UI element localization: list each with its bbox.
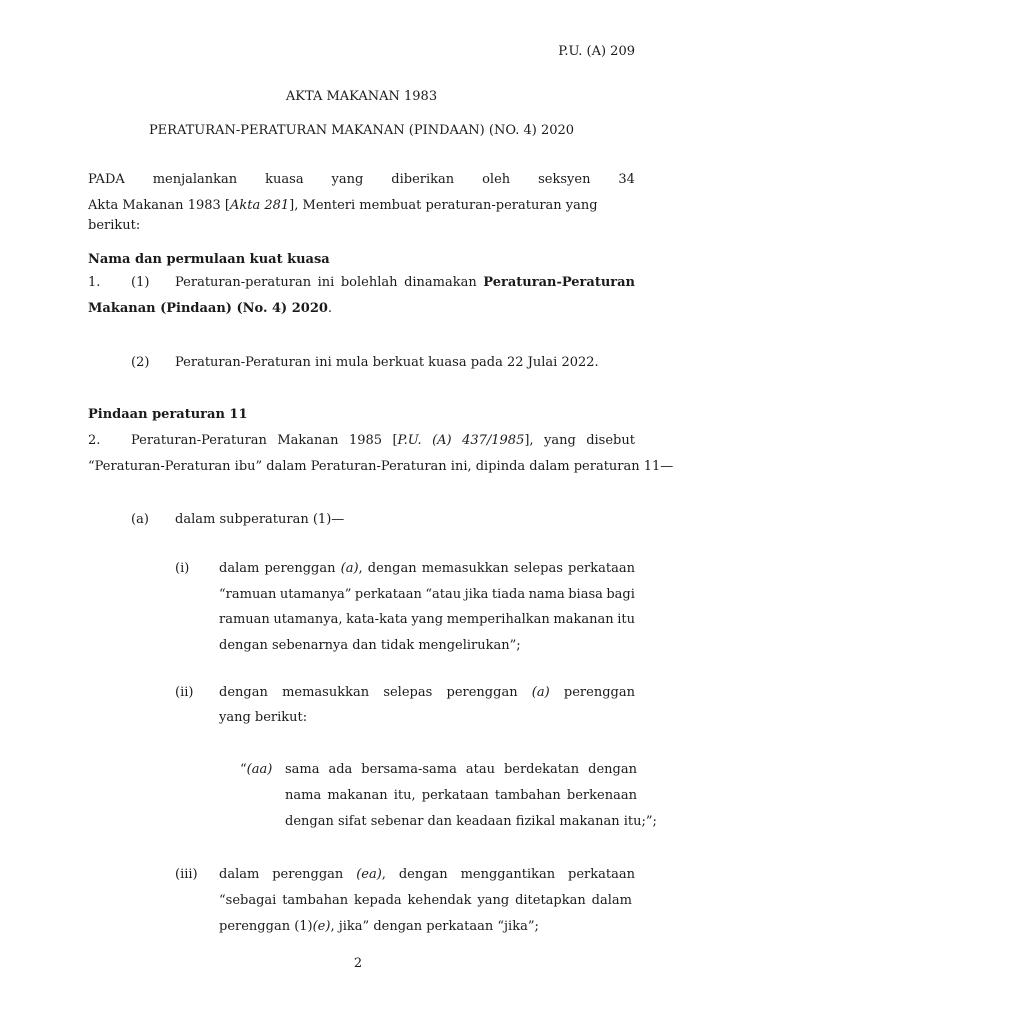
word: [P.U.: [392, 431, 421, 451]
open-quote: “: [240, 762, 247, 777]
word: dinamakan: [404, 273, 477, 293]
word: Peraturan-Peraturan: [483, 273, 635, 293]
word: perenggan: [447, 683, 518, 703]
word: bersama-sama: [361, 760, 457, 780]
word: dalam: [592, 891, 632, 911]
inserted-aa-label: “(aa): [240, 760, 272, 780]
word: PADA: [88, 170, 125, 190]
word: makanan: [553, 610, 613, 630]
item-i-line-3: ramuanutamanya,kata-katayangmemperihalka…: [219, 610, 635, 630]
section-1-sub1-line-2: Makanan (Pindaan) (No. 4) 2020.: [88, 299, 332, 319]
word: selepas: [514, 559, 563, 579]
preamble-text-pre: Akta Makanan 1983 [: [88, 198, 230, 213]
word: sama: [285, 760, 320, 780]
item-ii-line-1: denganmemasukkanselepasperenggan(a)peren…: [219, 683, 635, 703]
document-reference: P.U. (A) 209: [400, 42, 635, 62]
section-1-heading: Nama dan permulaan kuat kuasa: [88, 250, 330, 270]
word: diberikan: [391, 170, 454, 190]
word: seksyen: [538, 170, 590, 190]
word: dengan: [588, 760, 637, 780]
act-citation: Akta 281: [230, 198, 289, 213]
paragraph-ref-e: (e): [313, 919, 331, 934]
word: perkataan: [422, 786, 489, 806]
word: yang: [411, 610, 443, 630]
word: 1985: [349, 431, 382, 451]
word: itu: [617, 610, 635, 630]
inserted-aa-line-2: namamakananitu,perkataantambahanberkenaa…: [285, 786, 637, 806]
word: perenggan: [564, 683, 635, 703]
item-i-line-2: “ramuanutamanya”perkataan“ataujikatiadan…: [219, 585, 635, 605]
word: bagi: [606, 585, 635, 605]
word: “sebagai: [219, 891, 276, 911]
word: perkataan: [568, 865, 635, 885]
word: kata-kata: [346, 610, 408, 630]
item-ii-line-2: yang berikut:: [219, 708, 307, 728]
word: makanan: [327, 786, 387, 806]
inserted-aa-line-1: samaadabersama-samaatauberdekatandengan: [285, 760, 637, 780]
word: oleh: [482, 170, 510, 190]
word: “ramuan: [219, 585, 276, 605]
word: (ea),: [356, 865, 386, 885]
item-iii-line-3: perenggan (1)(e), jika” dengan perkataan…: [219, 917, 539, 937]
word: bolehlah: [341, 273, 398, 293]
section-1-sub2-label: (2): [131, 353, 149, 373]
word: “atau: [425, 585, 461, 605]
regulation-name: Makanan (Pindaan) (No. 4) 2020: [88, 301, 328, 316]
word: Makanan: [277, 431, 338, 451]
word: jika: [465, 585, 489, 605]
section-1-sub2-text: Peraturan-Peraturan ini mula berkuat kua…: [175, 353, 599, 373]
word: atau: [466, 760, 495, 780]
item-iii-line-2: “sebagaitambahankepadakehendakyangditeta…: [219, 891, 632, 911]
word: disebut: [586, 431, 635, 451]
word: (A): [432, 431, 452, 451]
item-iii-label: (iii): [175, 865, 198, 885]
inserted-aa-line-3: dengan sifat sebenar dan keadaan fizikal…: [285, 812, 657, 832]
item-i-line-4: dengan sebenarnya dan tidak mengelirukan…: [219, 636, 521, 656]
word: biasa: [568, 585, 603, 605]
word: nama: [285, 786, 321, 806]
word: Peraturan-peraturan: [175, 273, 311, 293]
para-a-text: dalam subperaturan (1)—: [175, 510, 344, 530]
word: yang: [477, 891, 509, 911]
word: dengan: [399, 865, 448, 885]
word: utamanya”: [280, 585, 352, 605]
word: perkataan: [355, 585, 422, 605]
word: kuasa: [265, 170, 303, 190]
word: dalam: [219, 559, 259, 579]
regulations-title: PERATURAN-PERATURAN MAKANAN (PINDAAN) (N…: [88, 121, 635, 141]
section-1-number: 1.: [88, 273, 100, 293]
act-title: AKTA MAKANAN 1983: [88, 87, 635, 107]
word: (a),: [341, 559, 363, 579]
word: kehendak: [408, 891, 472, 911]
item-i-line-1: dalamperenggan(a),denganmemasukkanselepa…: [219, 559, 635, 579]
aa-label: (aa): [247, 762, 273, 777]
preamble-line-1: PADAmenjalankankuasayangdiberikanolehsek…: [88, 170, 635, 190]
section-1-sub1-line-1: Peraturan-peraturaninibolehlahdinamakanP…: [175, 273, 635, 293]
word: memperihalkan: [447, 610, 550, 630]
word: menggantikan: [461, 865, 556, 885]
word: Peraturan-Peraturan: [131, 431, 267, 451]
item-iii-line-1: dalamperenggan(ea),denganmenggantikanper…: [219, 865, 635, 885]
word: 437/1985],: [462, 431, 534, 451]
word: utamanya,: [273, 610, 342, 630]
word: selepas: [383, 683, 432, 703]
word: dalam: [219, 865, 259, 885]
word: tambahan: [282, 891, 348, 911]
section-2-line-2: “Peraturan-Peraturan ibu” dalam Peratura…: [88, 457, 673, 477]
preamble-line-2: Akta Makanan 1983 [Akta 281], Menteri me…: [88, 196, 635, 216]
section-2-line-1: Peraturan-PeraturanMakanan1985[P.U.(A)43…: [131, 431, 635, 451]
word: dengan: [368, 559, 417, 579]
word: ini: [318, 273, 335, 293]
para-a-label: (a): [131, 510, 149, 530]
section-2-heading: Pindaan peraturan 11: [88, 405, 248, 425]
word: itu,: [394, 786, 416, 806]
word: yang: [332, 170, 364, 190]
word: perenggan: [264, 559, 335, 579]
iii-text-pre: perenggan (1): [219, 919, 313, 934]
period: .: [328, 301, 332, 316]
section-2-number: 2.: [88, 431, 100, 451]
word: perenggan: [272, 865, 343, 885]
word: memasukkan: [422, 559, 509, 579]
word: ada: [328, 760, 352, 780]
word: nama: [529, 585, 565, 605]
word: tiada: [492, 585, 525, 605]
word: 34: [618, 170, 635, 190]
word: ditetapkan: [515, 891, 586, 911]
iii-text-post: , jika” dengan perkataan “jika”;: [330, 919, 538, 934]
page-number: 2: [88, 954, 628, 974]
word: berkenaan: [567, 786, 637, 806]
word: dengan: [219, 683, 268, 703]
word: yang: [544, 431, 576, 451]
word: tambahan: [495, 786, 561, 806]
word: berdekatan: [504, 760, 579, 780]
word: menjalankan: [153, 170, 237, 190]
word: (a): [532, 683, 550, 703]
word: perkataan: [568, 559, 635, 579]
word: ramuan: [219, 610, 270, 630]
word: memasukkan: [282, 683, 369, 703]
section-1-sub1-label: (1): [131, 273, 149, 293]
word: kepada: [354, 891, 402, 911]
item-i-label: (i): [175, 559, 189, 579]
item-ii-label: (ii): [175, 683, 193, 703]
